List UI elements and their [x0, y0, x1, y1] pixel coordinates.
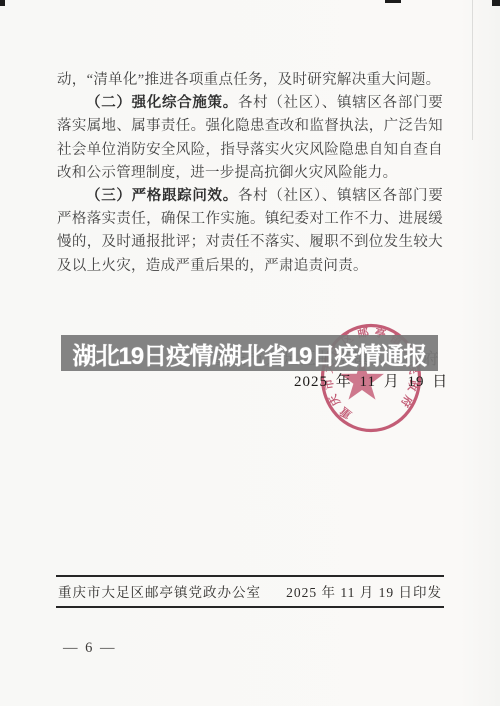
footer-imprint: 重庆市大足区邮亭镇党政办公室 2025 年 11 月 19 日印发: [56, 575, 444, 608]
paragraph-text: 动，“清单化”推进各项重点任务，及时研究解决重大问题。: [57, 72, 440, 88]
issue-date: 2025 年 11 月 19 日: [294, 370, 448, 391]
footer-print-date: 2025 年 11 月 19 日印发: [286, 581, 442, 601]
headline-banner: 湖北19日疫情/湖北省19日疫情通报: [61, 335, 438, 371]
paper-edge-line: [472, 0, 473, 140]
paragraph-lead: （三）严格跟踪问效。: [86, 188, 238, 204]
paragraph: （二）强化综合施策。各村（社区）、镇辖区各部门要落实属地、属事责任。强化隐患查改…: [57, 92, 443, 185]
document-body: 动，“清单化”推进各项重点任务，及时研究解决重大问题。 （二）强化综合施策。各村…: [57, 69, 443, 278]
scanned-document-page: 动，“清单化”推进各项重点任务，及时研究解决重大问题。 （二）强化综合施策。各村…: [0, 0, 500, 706]
scan-artifact-top-left: [0, 0, 5, 6]
footer-office: 重庆市大足区邮亭镇党政办公室: [58, 581, 261, 601]
paragraph: （三）严格跟踪问效。各村（社区）、镇辖区各部门要严格落实责任，确保工作实施。镇纪…: [57, 185, 443, 278]
paragraph-lead: （二）强化综合施策。: [86, 95, 238, 111]
page-number: — 6 —: [63, 640, 117, 657]
scan-artifact-top-middle: [385, 0, 401, 3]
paragraph: 动，“清单化”推进各项重点任务，及时研究解决重大问题。: [57, 69, 443, 92]
scan-artifact-top-right: [492, 0, 500, 6]
headline-text: 湖北19日疫情/湖北省19日疫情通报: [72, 336, 426, 371]
